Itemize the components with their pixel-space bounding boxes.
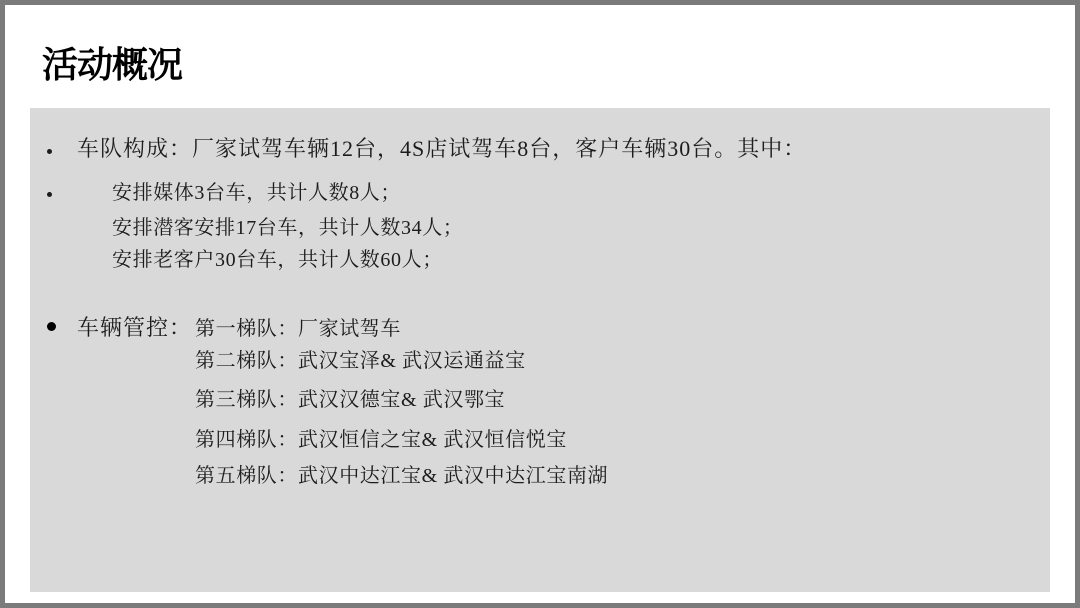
- fleet-detail-prospects: 安排潜客安排17台车，共计人数34人；: [112, 215, 463, 241]
- fleet-detail-existing-customers: 安排老客户30台车，共计人数60人；: [112, 247, 443, 273]
- small-bullet-icon: [47, 149, 52, 154]
- echelon-item-3: 第三梯队：武汉汉德宝& 武汉鄂宝: [195, 387, 505, 413]
- small-bullet-icon: [47, 192, 52, 197]
- echelon-item-1: 第一梯队：厂家试驾车: [195, 316, 401, 342]
- slide-title: 活动概况: [42, 45, 182, 85]
- content-box: 车队构成：厂家试驾车辆12台，4S店试驾车8台，客户车辆30台。其中： 安排媒体…: [30, 108, 1050, 592]
- fleet-detail-media: 安排媒体3台车，共计人数8人；: [112, 180, 401, 206]
- presentation-slide: 活动概况 车队构成：厂家试驾车辆12台，4S店试驾车8台，客户车辆30台。其中：…: [0, 0, 1080, 608]
- large-bullet-icon: [47, 322, 56, 331]
- echelon-item-2: 第二梯队：武汉宝泽& 武汉运通益宝: [195, 348, 526, 374]
- echelon-item-5: 第五梯队：武汉中达江宝& 武汉中达江宝南湖: [195, 463, 608, 489]
- vehicle-control-label: 车辆管控：: [77, 314, 192, 342]
- fleet-composition-heading: 车队构成：厂家试驾车辆12台，4S店试驾车8台，客户车辆30台。其中：: [77, 135, 806, 163]
- echelon-item-4: 第四梯队：武汉恒信之宝& 武汉恒信悦宝: [195, 427, 567, 453]
